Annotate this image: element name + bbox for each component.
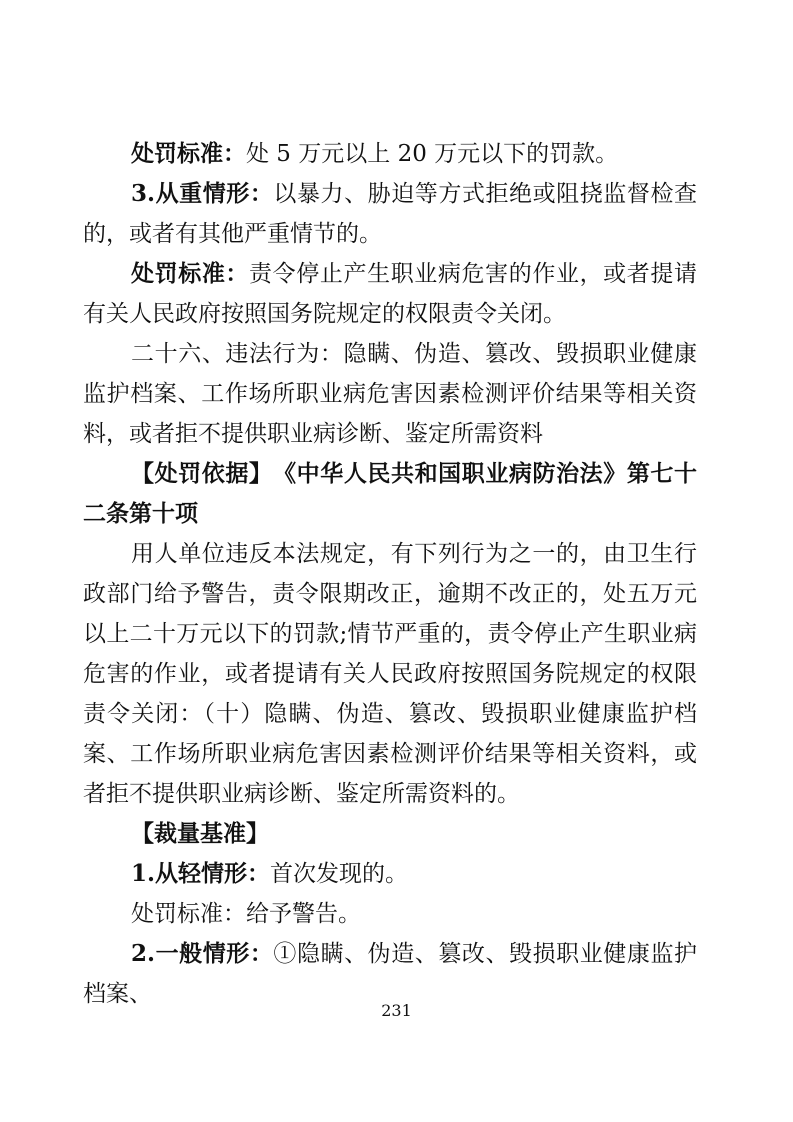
paragraph: 1.从轻情形：首次发现的。 — [83, 854, 697, 894]
page-number: 231 — [0, 1001, 793, 1021]
paragraph: 二十六、违法行为：隐瞒、伪造、篡改、毁损职业健康监护档案、工作场所职业病危害因素… — [83, 334, 697, 454]
document-page: 处罚标准：处 5 万元以上 20 万元以下的罚款。3.从重情形：以暴力、胁迫等方… — [0, 0, 793, 1122]
bold-text-run: 【处罚依据】 《中华人民共和国职业病防治法》第七十二条第十项 — [83, 460, 697, 527]
paragraph: 处罚标准：处 5 万元以上 20 万元以下的罚款。 — [83, 134, 697, 174]
text-run: 用人单位违反本法规定，有下列行为之一的，由卫生行政部门给予警告，责令限期改正，逾… — [83, 541, 697, 807]
text-run: 处 5 万元以上 20 万元以下的罚款。 — [246, 141, 618, 167]
text-run: 首次发现的。 — [270, 861, 408, 887]
paragraph: 【处罚依据】 《中华人民共和国职业病防治法》第七十二条第十项 — [83, 454, 697, 534]
bold-text-run: 3.从重情形： — [131, 180, 273, 207]
bold-text-run: 1.从轻情形： — [131, 860, 270, 887]
bold-text-run: 处罚标准： — [131, 260, 249, 287]
paragraph: 用人单位违反本法规定，有下列行为之一的，由卫生行政部门给予警告，责令限期改正，逾… — [83, 534, 697, 814]
text-run: 处罚标准：给予警告。 — [131, 901, 361, 927]
bold-text-run: 2.一般情形： — [131, 940, 273, 967]
paragraph: 处罚标准：责令停止产生职业病危害的作业，或者提请有关人民政府按照国务院规定的权限… — [83, 254, 697, 334]
text-run: 二十六、违法行为：隐瞒、伪造、篡改、毁损职业健康监护档案、工作场所职业病危害因素… — [83, 341, 697, 447]
paragraph: 3.从重情形：以暴力、胁迫等方式拒绝或阻挠监督检查的，或者有其他严重情节的。 — [83, 174, 697, 254]
paragraph: 【裁量基准】 — [83, 814, 697, 854]
document-body: 处罚标准：处 5 万元以上 20 万元以下的罚款。3.从重情形：以暴力、胁迫等方… — [83, 134, 697, 1014]
bold-text-run: 【裁量基准】 — [131, 820, 269, 847]
paragraph: 处罚标准：给予警告。 — [83, 894, 697, 934]
bold-text-run: 处罚标准： — [131, 140, 246, 167]
